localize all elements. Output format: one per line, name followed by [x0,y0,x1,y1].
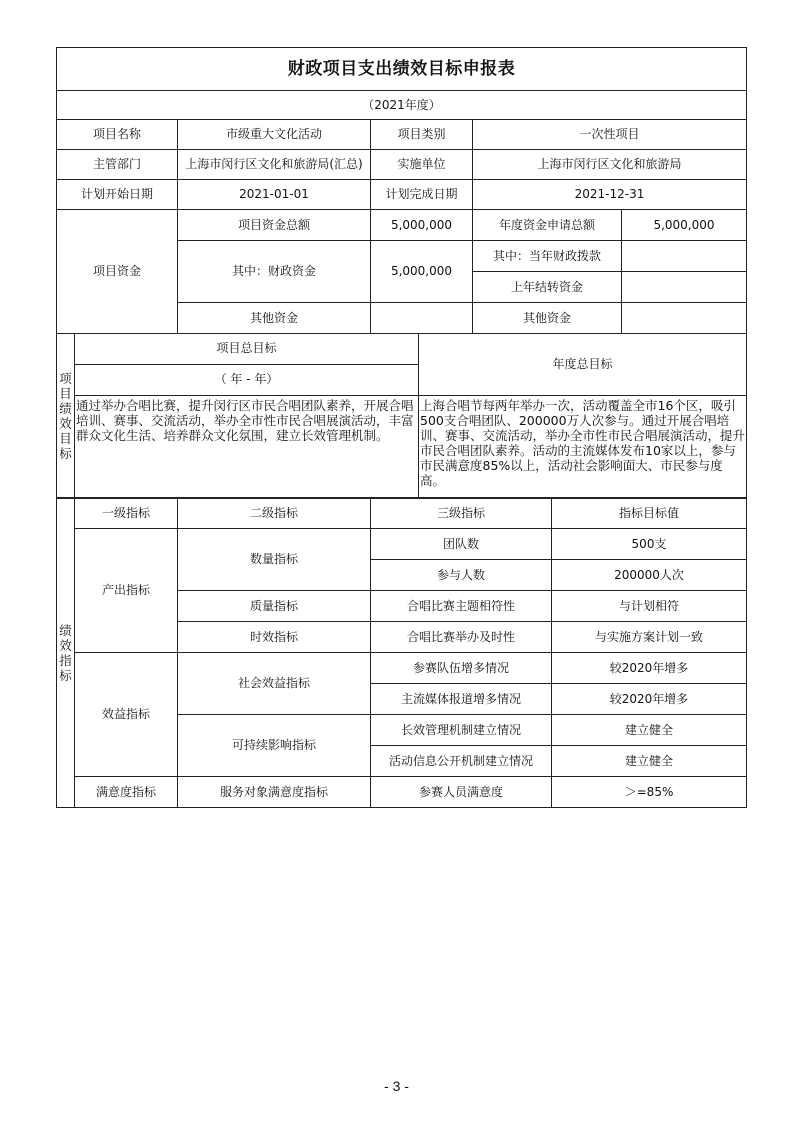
indicator-value: ＞=85% [552,777,747,808]
page-number: - 3 - [0,1078,793,1094]
indicator-name: 合唱比赛举办及时性 [371,622,552,653]
indicator-value: 500支 [552,529,747,560]
end-date-label: 计划完成日期 [371,180,473,210]
indicator-name: 参赛人员满意度 [371,777,552,808]
current-fiscal-label: 其中：当年财政拨款 [473,241,622,272]
annual-goal-text: 上海合唱节每两年举办一次，活动覆盖全市16个区，吸引500支合唱团队、20000… [419,395,747,498]
form-year: （2021年度） [57,91,747,120]
indicator-name: 参与人数 [371,560,552,591]
project-name-value: 市级重大文化活动 [178,120,371,150]
annual-total-value: 5,000,000 [622,210,747,241]
goals-section-label: 项 目 绩 效 目 标 [57,333,75,498]
quality-indicator-label: 质量指标 [178,591,371,622]
overall-goal-label: 项目总目标 [75,333,419,364]
benefit-indicator-label: 效益指标 [75,653,178,777]
annual-other-funds-label: 其他资金 [473,303,622,334]
indicator-name: 主流媒体报道增多情况 [371,684,552,715]
project-name-label: 项目名称 [57,120,178,150]
indicators-section-label: 绩 效 指 标 [57,498,75,808]
project-type-label: 项目类别 [371,120,473,150]
indicator-name: 合唱比赛主题相符性 [371,591,552,622]
satisfaction-indicator-label: 满意度指标 [75,777,178,808]
form-page: 财政项目支出绩效目标申报表 （2021年度） 项目名称 市级重大文化活动 项目类… [56,47,746,808]
fiscal-funds-value: 5,000,000 [371,241,473,303]
indicator-value: 建立健全 [552,746,747,777]
other-funds-label: 其他资金 [178,303,371,334]
quantity-indicator-label: 数量指标 [178,529,371,591]
goals-table: 项 目 绩 效 目 标 项目总目标 年度总目标 （ 年 - 年） 通过举办合唱比… [56,333,747,499]
dept-value: 上海市闵行区文化和旅游局(汇总) [178,150,371,180]
funds-total-value: 5,000,000 [371,210,473,241]
annual-other-funds-value [622,303,747,334]
annual-total-label: 年度资金申请总额 [473,210,622,241]
sustainability-indicator-label: 可持续影响指标 [178,715,371,777]
header-target: 指标目标值 [552,498,747,529]
header-table: 财政项目支出绩效目标申报表 （2021年度） 项目名称 市级重大文化活动 项目类… [56,47,747,334]
start-date-label: 计划开始日期 [57,180,178,210]
social-benefit-label: 社会效益指标 [178,653,371,715]
indicator-name: 活动信息公开机制建立情况 [371,746,552,777]
end-date-value: 2021-12-31 [473,180,747,210]
fiscal-funds-label: 其中：财政资金 [178,241,371,303]
impl-unit-label: 实施单位 [371,150,473,180]
project-type-value: 一次性项目 [473,120,747,150]
other-funds-value [371,303,473,334]
header-level3: 三级指标 [371,498,552,529]
annual-goal-label: 年度总目标 [419,333,747,395]
indicator-value: 200000人次 [552,560,747,591]
indicator-name: 参赛队伍增多情况 [371,653,552,684]
indicator-value: 与计划相符 [552,591,747,622]
start-date-value: 2021-01-01 [178,180,371,210]
header-level1: 一级指标 [75,498,178,529]
indicator-value: 建立健全 [552,715,747,746]
header-level2: 二级指标 [178,498,371,529]
carryover-value [622,272,747,303]
timeliness-indicator-label: 时效指标 [178,622,371,653]
current-fiscal-value [622,241,747,272]
indicator-name: 长效管理机制建立情况 [371,715,552,746]
indicator-value: 与实施方案计划一致 [552,622,747,653]
output-indicator-label: 产出指标 [75,529,178,653]
funds-section-label: 项目资金 [57,210,178,334]
overall-goal-text: 通过举办合唱比赛，提升闵行区市民合唱团队素养，开展合唱培训、赛事、交流活动，举办… [75,395,419,498]
dept-label: 主管部门 [57,150,178,180]
form-title: 财政项目支出绩效目标申报表 [57,48,747,91]
indicator-name: 团队数 [371,529,552,560]
service-satisfaction-label: 服务对象满意度指标 [178,777,371,808]
indicators-table: 绩 效 指 标 一级指标 二级指标 三级指标 指标目标值 产出指标 数量指标 团… [56,497,747,808]
indicator-value: 较2020年增多 [552,653,747,684]
funds-total-label: 项目资金总额 [178,210,371,241]
carryover-label: 上年结转资金 [473,272,622,303]
impl-unit-value: 上海市闵行区文化和旅游局 [473,150,747,180]
overall-goal-period: （ 年 - 年） [75,364,419,395]
indicator-value: 较2020年增多 [552,684,747,715]
